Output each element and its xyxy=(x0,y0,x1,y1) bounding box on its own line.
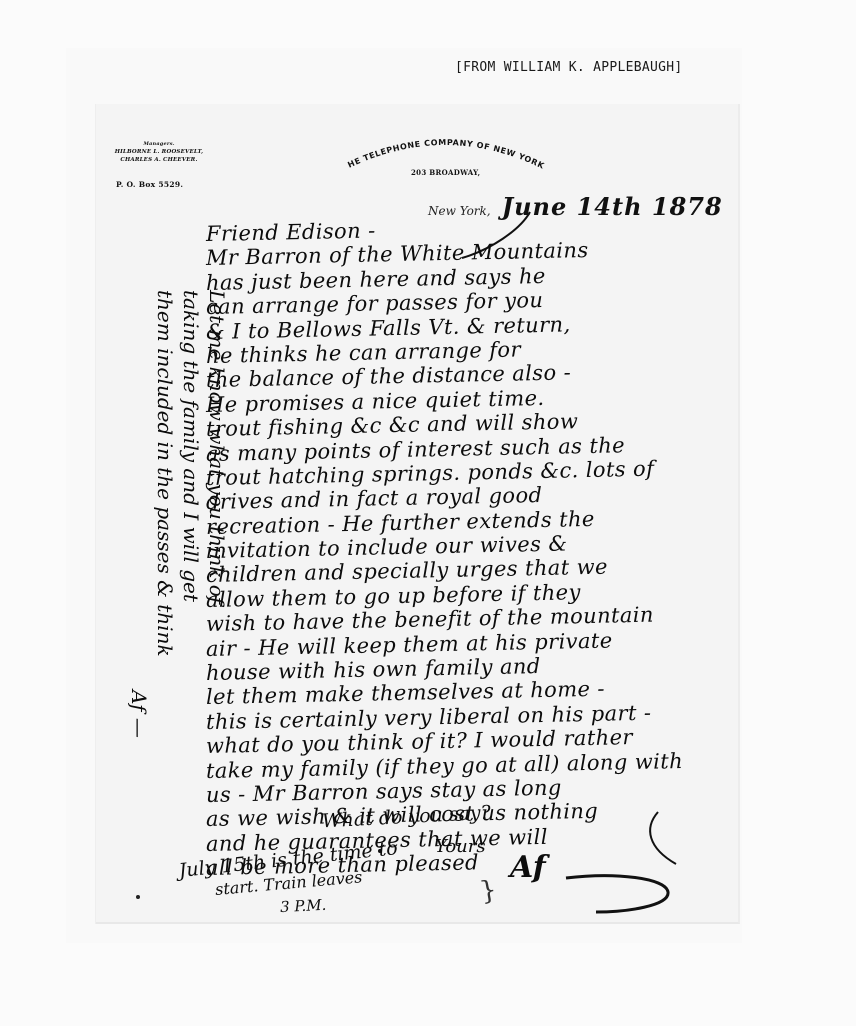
ink-dot xyxy=(136,895,140,899)
company-name-text: THE TELEPHONE COMPANY OF NEW YORK. xyxy=(342,121,546,171)
margin-note-initials: Af — xyxy=(126,290,152,890)
signature-flourish xyxy=(556,858,676,918)
closing-yours: Yours xyxy=(435,836,486,857)
letterhead-managers: Managers. HILBORNE L. ROOSEVELT, CHARLES… xyxy=(104,140,214,164)
svg-text:THE TELEPHONE COMPANY OF NEW Y: THE TELEPHONE COMPANY OF NEW YORK. xyxy=(342,121,546,171)
manager-name: HILBORNE L. ROOSEVELT, xyxy=(104,148,214,156)
manager-name: CHARLES A. CHEEVER. xyxy=(104,156,214,164)
margin-note-line: taking the family and I will get xyxy=(178,290,204,890)
margin-note-line: them included in the passes & think xyxy=(152,290,178,890)
signature: Af xyxy=(510,850,546,885)
margin-note: Let me know what you think of taking the… xyxy=(126,290,230,890)
company-address: 203 BROADWAY, xyxy=(411,168,480,177)
managers-heading: Managers. xyxy=(104,140,214,148)
margin-note-line: Let me know what you think of xyxy=(204,290,230,890)
archive-source-label: [FROM WILLIAM K. APPLEBAUGH] xyxy=(455,60,683,75)
postscript-line: 3 P.M. xyxy=(280,892,401,916)
po-box: P. O. Box 5529. xyxy=(116,180,183,189)
letter-body: Friend Edison - Mr Barron of the White M… xyxy=(206,222,746,881)
